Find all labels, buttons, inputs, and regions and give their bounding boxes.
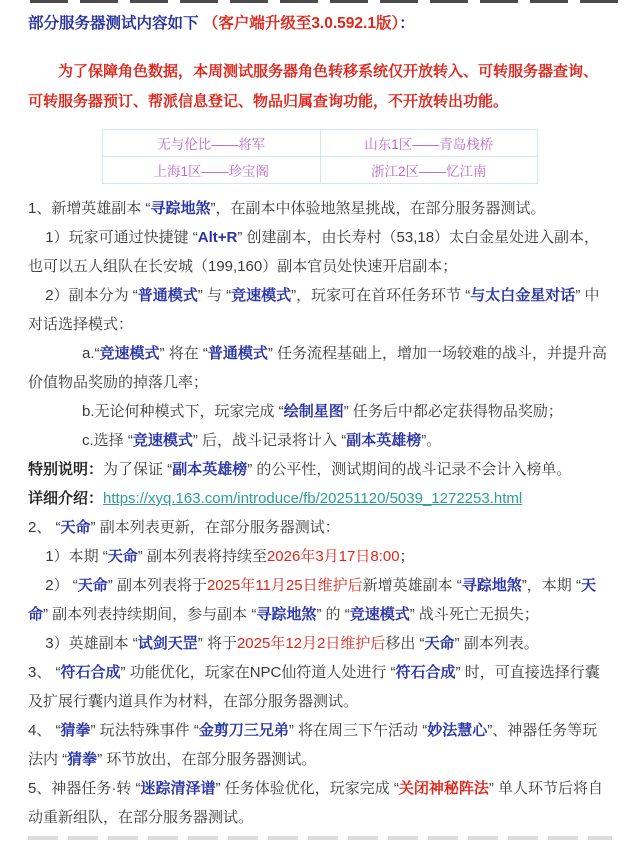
item-1-intro: 1、新增英雄副本 “寻踪地煞”，在副本中体验地煞星挑战，在部分服务器测试。 xyxy=(28,194,612,223)
server-table-row: 上海1区——珍宝阁 浙江2区——忆江南 xyxy=(103,157,538,184)
detail-link[interactable]: https://xyq.163.com/introduce/fb/2025112… xyxy=(103,490,522,507)
server-cell: 上海1区——珍宝阁 xyxy=(103,157,321,184)
item-1-sub-2: 2）副本分为 “普通模式” 与 “竞速模式”，玩家可在首环任务环节 “与太白金星… xyxy=(28,281,612,339)
item-1-sub-2c: c.选择 “竞速模式” 后，战斗记录将计入 “副本英雄榜”。 xyxy=(28,426,612,455)
detail-intro: 详细介绍：https://xyq.163.com/introduce/fb/20… xyxy=(28,484,612,513)
server-table: 无与伦比——将军 山东1区——青岛栈桥 上海1区——珍宝阁 浙江2区——忆江南 xyxy=(102,129,538,184)
cropped-text-bottom xyxy=(28,836,612,840)
announcement-body: 部分服务器测试内容如下 （客户端升级至3.0.592.1版）： 为了保障角色数据… xyxy=(0,13,640,832)
item-2-sub-3: 3）英雄副本 “试剑天罡” 将于2025年12月2日维护后移出 “天命” 副本列… xyxy=(28,629,612,658)
item-3: 3、 “符石合成” 功能优化，玩家在NPC仙符道人处进行 “符石合成” 时，可直… xyxy=(28,658,612,716)
server-cell: 山东1区——青岛栈桥 xyxy=(320,130,538,157)
server-table-row: 无与伦比——将军 山东1区——青岛栈桥 xyxy=(103,130,538,157)
item-5: 5、神器任务·转 “迷踪清泽谱” 任务体验优化，玩家完成 “关闭神秘阵法” 单人… xyxy=(28,774,612,832)
item-1-sub-2a: a.“竞速模式” 将在 “普通模式” 任务流程基础上，增加一场较难的战斗，并提升… xyxy=(28,339,612,397)
server-cell: 无与伦比——将军 xyxy=(103,130,321,157)
server-cell: 浙江2区——忆江南 xyxy=(320,157,538,184)
item-1-sub-2b: b.无论何种模式下，玩家完成 “绘制星图” 任务后中都必定获得物品奖励； xyxy=(28,397,612,426)
item-2-sub-1: 1）本期 “天命” 副本列表将持续至2026年3月17日8:00； xyxy=(28,542,612,571)
transfer-notice: 为了保障角色数据，本周测试服务器角色转移系统仅开放转入、可转服务器查询、可转服务… xyxy=(28,57,612,117)
section-heading: 部分服务器测试内容如下 （客户端升级至3.0.592.1版）： xyxy=(28,13,612,35)
special-note: 特别说明：为了保证 “副本英雄榜” 的公平性，测试期间的战斗记录不会计入榜单。 xyxy=(28,455,612,484)
item-1-sub-1: 1）玩家可通过快捷键 “Alt+R” 创建副本，由长寿村（53,18）太白金星处… xyxy=(28,223,612,281)
item-4: 4、 “猜拳” 玩法特殊事件 “金剪刀三兄弟” 将在周三下午活动 “妙法慧心”、… xyxy=(28,716,612,774)
item-2-sub-2: 2） “天命” 副本列表将于2025年11月25日维护后新增英雄副本 “寻踪地煞… xyxy=(28,571,612,629)
item-2-intro: 2、 “天命” 副本列表更新，在部分服务器测试： xyxy=(28,513,612,542)
cropped-text-top xyxy=(30,0,620,3)
